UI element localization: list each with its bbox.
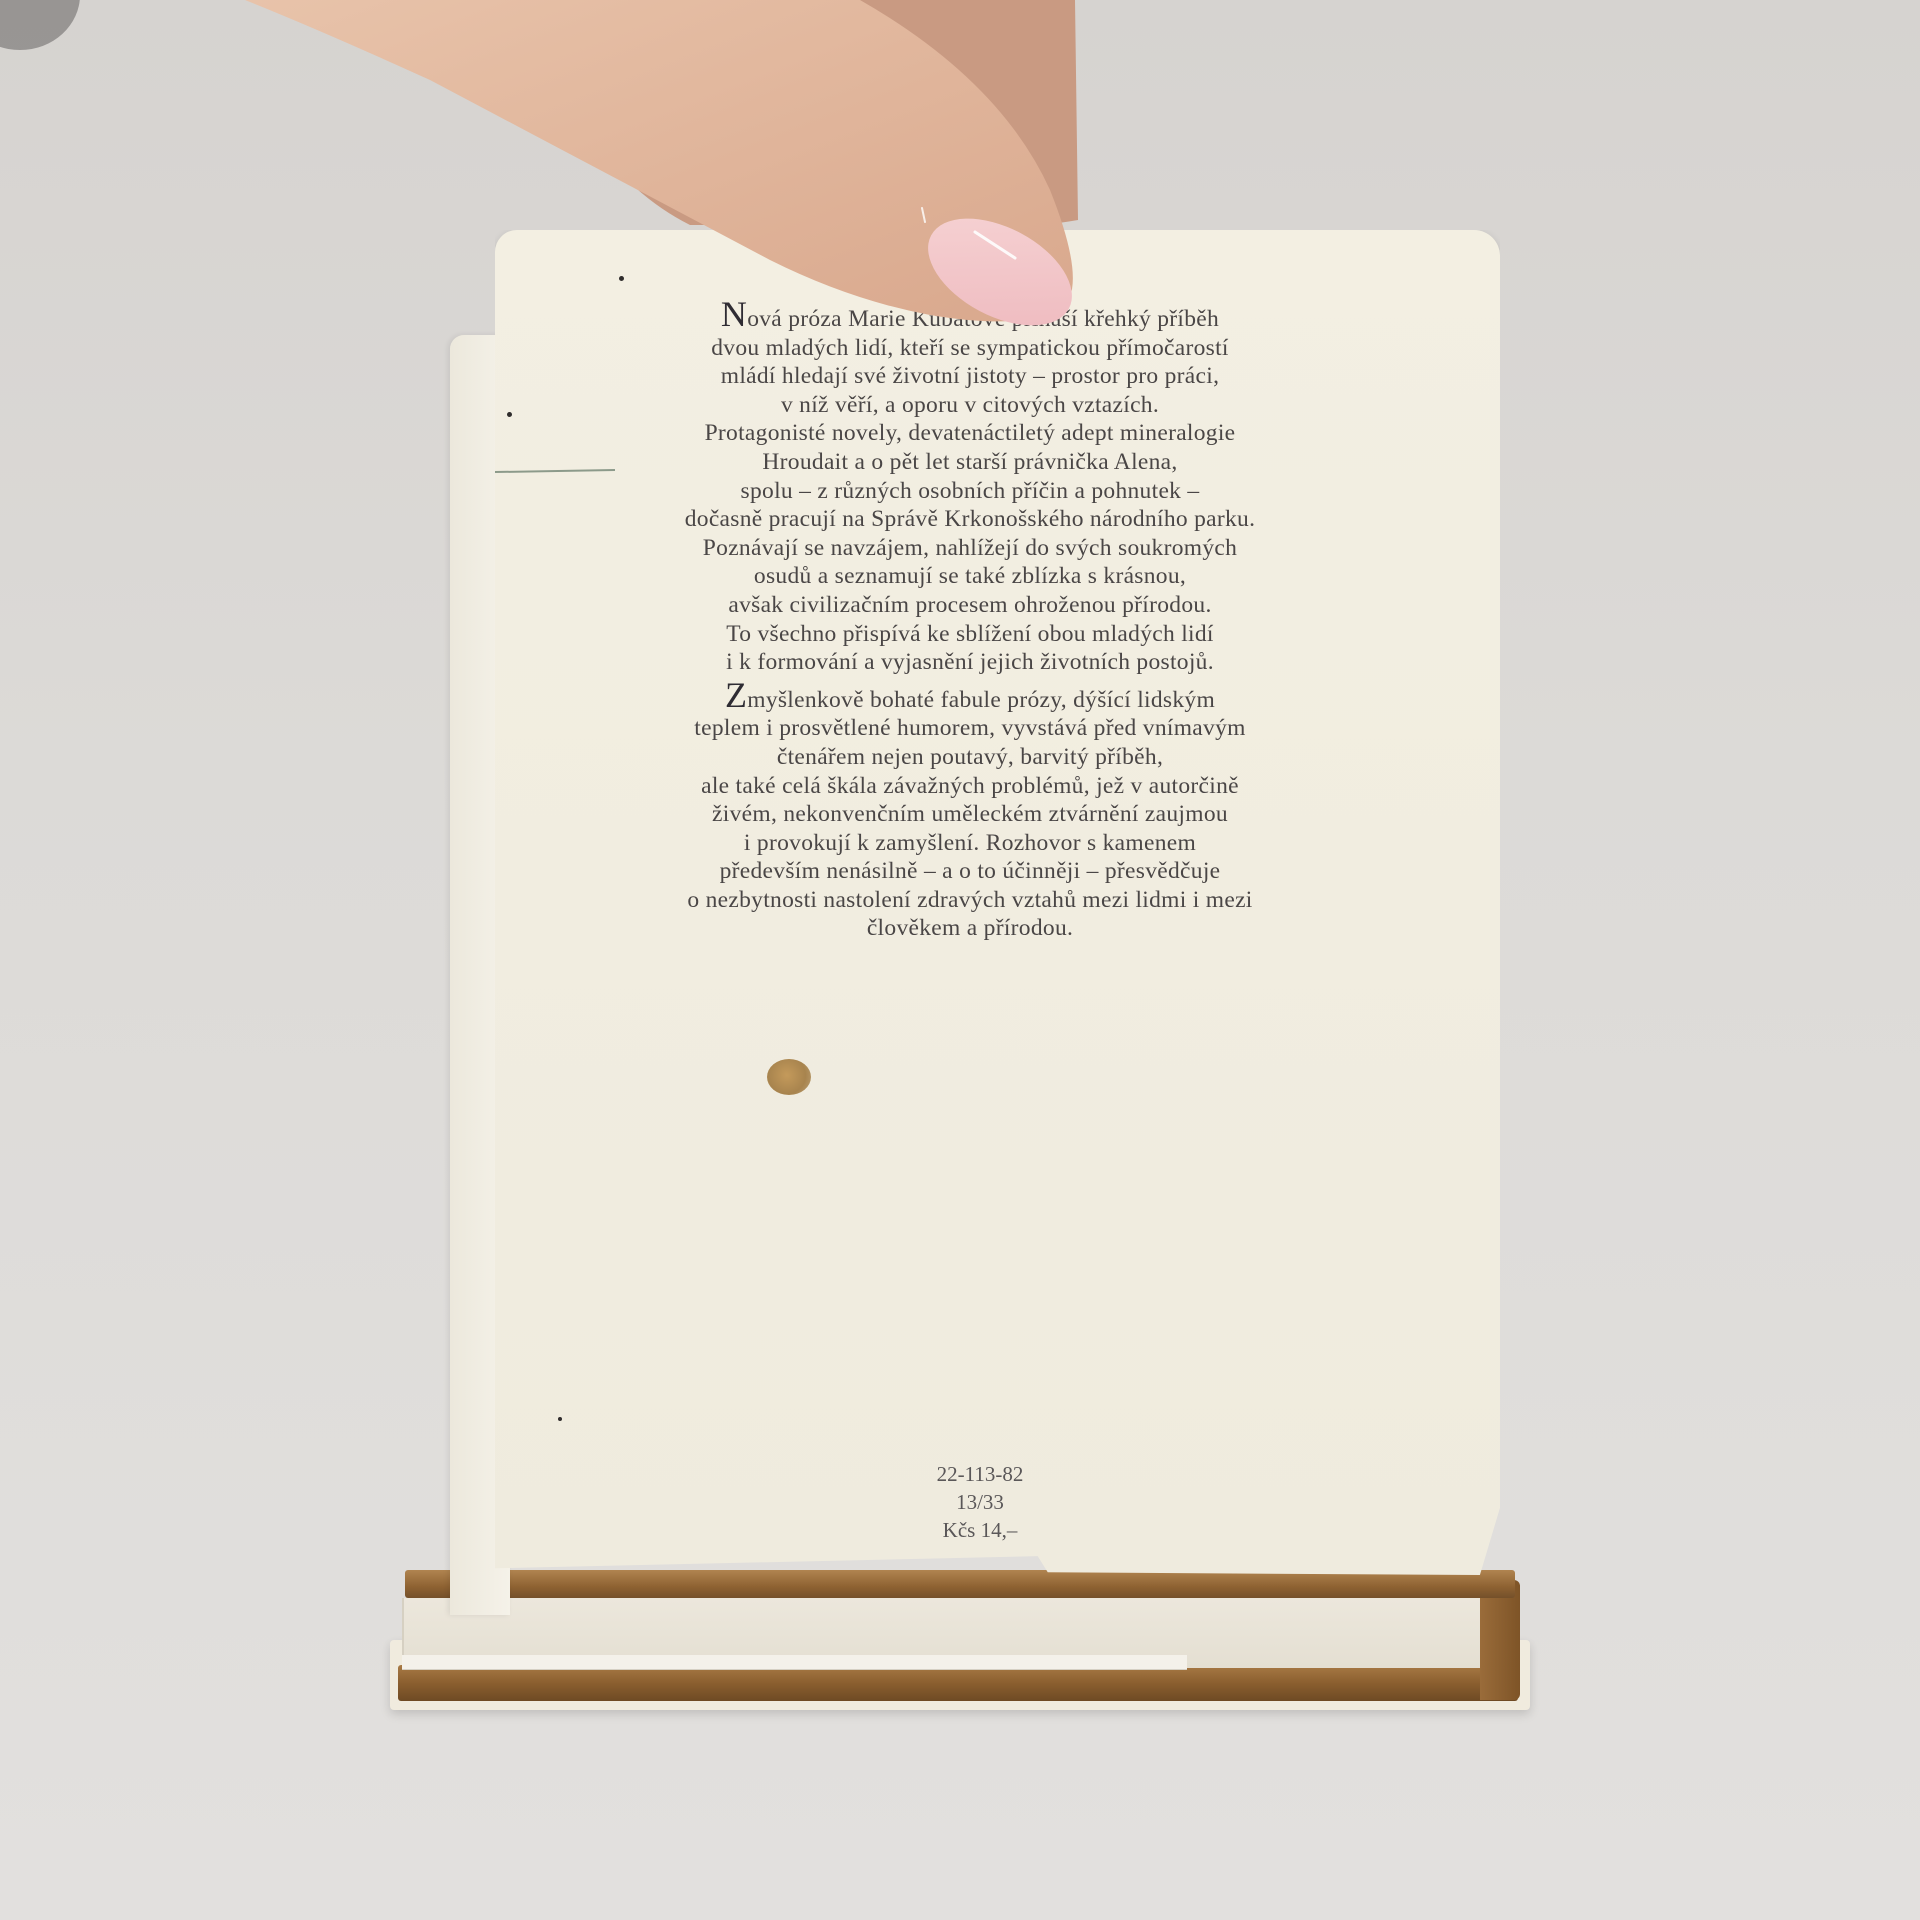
blurb-line: avšak civilizačním procesem ohroženou př…	[520, 591, 1420, 620]
blurb-line: Poznávají se navzájem, nahlížejí do svýc…	[520, 534, 1420, 563]
publication-code: 22-113-82	[860, 1460, 1100, 1488]
blurb-line: čtenářem nejen poutavý, barvitý příběh,	[520, 743, 1420, 772]
blurb-line: v níž věří, a oporu v citových vztazích.	[520, 391, 1420, 420]
cover-blurb: Nová próza Marie Kubátové přináší křehký…	[520, 300, 1420, 943]
jacket-flap-edge	[402, 1655, 1187, 1670]
blurb-line: i provokují k zamyšlení. Rozhovor s kame…	[520, 829, 1420, 858]
ink-dot	[619, 276, 624, 281]
book-cloth-binding-bottom	[398, 1665, 1518, 1701]
blurb-line: To všechno přispívá ke sblížení obou mla…	[520, 620, 1420, 649]
blurb-line: člověkem a přírodou.	[520, 914, 1420, 943]
blurb-line: Nová próza Marie Kubátové přináší křehký…	[520, 300, 1420, 334]
stain-spot	[767, 1059, 811, 1095]
dropcap: N	[721, 294, 747, 334]
blurb-line: ale také celá škála závažných problémů, …	[520, 772, 1420, 801]
price: Kčs 14,–	[860, 1516, 1100, 1544]
publication-info: 22-113-82 13/33 Kčs 14,–	[860, 1460, 1100, 1544]
blurb-line: Protagonisté novely, devatenáctiletý ade…	[520, 419, 1420, 448]
blurb-line: teplem i prosvětlené humorem, vyvstává p…	[520, 714, 1420, 743]
blurb-line: živém, nekonvenčním uměleckém ztvárnění …	[520, 800, 1420, 829]
blurb-paragraph-1: Nová próza Marie Kubátové přináší křehký…	[520, 300, 1420, 677]
dropcap: Z	[725, 675, 747, 715]
blurb-paragraph-2: Zmyšlenkově bohaté fabule prózy, dýšící …	[520, 681, 1420, 943]
ink-dot	[558, 1417, 562, 1421]
blurb-line: spolu – z různých osobních příčin a pohn…	[520, 477, 1420, 506]
photo-scene: Nová próza Marie Kubátové přináší křehký…	[0, 0, 1920, 1920]
book-spine-cloth	[1480, 1580, 1520, 1700]
blurb-line: dočasně pracují na Správě Krkonošského n…	[520, 505, 1420, 534]
blurb-line: osudů a seznamují se také zblízka s krás…	[520, 562, 1420, 591]
ink-dot	[507, 412, 512, 417]
blurb-line: Hroudait a o pět let starší právnička Al…	[520, 448, 1420, 477]
blurb-line: i k formování a vyjasnění jejich životní…	[520, 648, 1420, 677]
blurb-line: především nenásilně – a o to účinněji – …	[520, 857, 1420, 886]
blurb-line: o nezbytnosti nastolení zdravých vztahů …	[520, 886, 1420, 915]
publication-group: 13/33	[860, 1488, 1100, 1516]
background-object	[0, 0, 80, 50]
blurb-line: Zmyšlenkově bohaté fabule prózy, dýšící …	[520, 681, 1420, 715]
blurb-line: dvou mladých lidí, kteří se sympatickou …	[520, 334, 1420, 363]
blurb-line: mládí hledají své životní jistoty – pros…	[520, 362, 1420, 391]
book-cloth-binding-top	[405, 1570, 1515, 1598]
